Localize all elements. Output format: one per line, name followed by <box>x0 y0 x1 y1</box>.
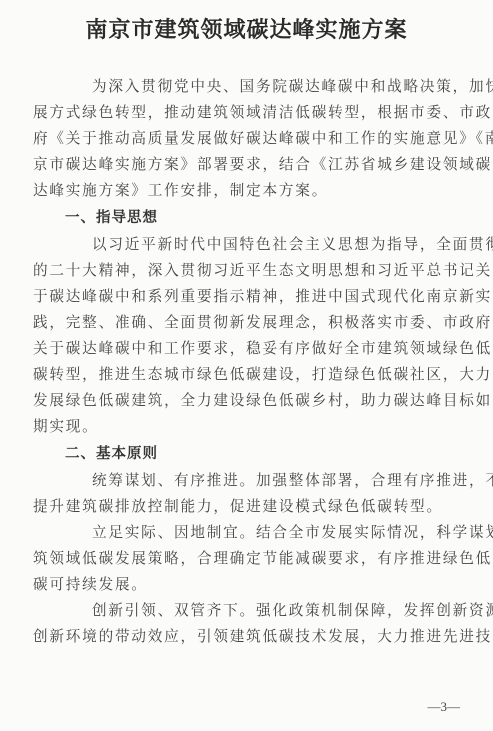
text-line: 达峰实施方案》工作安排，制定本方案。 <box>33 178 474 204</box>
text-line: 统筹谋划、有序推进。加强整体部署，合理有序推进，不断 <box>33 468 474 494</box>
text-line: 碳可持续发展。 <box>33 572 474 598</box>
text-line: 以习近平新时代中国特色社会主义思想为指导，全面贯彻党 <box>33 232 474 258</box>
text-line: 创新环境的带动效应，引领建筑低碳技术发展，大力推进先进技 <box>33 624 474 650</box>
document-page: 南京市建筑领域碳达峰实施方案 为深入贯彻党中央、国务院碳达峰碳中和战略决策，加快… <box>0 0 493 731</box>
intro-paragraph: 为深入贯彻党中央、国务院碳达峰碳中和战略决策，加快发 展方式绿色转型，推动建筑领… <box>33 74 474 204</box>
text-line: 践，完整、准确、全面贯彻新发展理念，积极落实市委、市政府 <box>33 310 474 336</box>
text-line: 的二十大精神，深入贯彻习近平生态文明思想和习近平总书记关 <box>33 258 474 284</box>
text-line: 于碳达峰碳中和系列重要指示精神，推进中国式现代化南京新实 <box>33 284 474 310</box>
text-line: 京市碳达峰实施方案》部署要求，结合《江苏省城乡建设领域碳 <box>33 152 474 178</box>
document-body: 为深入贯彻党中央、国务院碳达峰碳中和战略决策，加快发 展方式绿色转型，推动建筑领… <box>33 74 474 650</box>
text-line: 提升建筑碳排放控制能力，促进建设模式绿色低碳转型。 <box>33 494 474 520</box>
principle-paragraph: 立足实际、因地制宜。结合全市发展实际情况，科学谋划建 筑领域低碳发展策略，合理确… <box>33 520 474 598</box>
text-line: 关于碳达峰碳中和工作要求，稳妥有序做好全市建筑领域绿色低 <box>33 336 474 362</box>
text-line: 期实现。 <box>33 414 474 440</box>
principle-paragraph: 统筹谋划、有序推进。加强整体部署，合理有序推进，不断 提升建筑碳排放控制能力，促… <box>33 468 474 520</box>
text-line: 创新引领、双管齐下。强化政策机制保障，发挥创新资源、 <box>33 598 474 624</box>
text-line: 展方式绿色转型，推动建筑领域清洁低碳转型，根据市委、市政 <box>33 100 474 126</box>
text-line: 为深入贯彻党中央、国务院碳达峰碳中和战略决策，加快发 <box>33 74 474 100</box>
text-line: 发展绿色低碳建筑，全力建设绿色低碳乡村，助力碳达峰目标如 <box>33 388 474 414</box>
text-line: 府《关于推动高质量发展做好碳达峰碳中和工作的实施意见》《南 <box>33 126 474 152</box>
text-line: 立足实际、因地制宜。结合全市发展实际情况，科学谋划建 <box>33 520 474 546</box>
guiding-thought-paragraph: 以习近平新时代中国特色社会主义思想为指导，全面贯彻党 的二十大精神，深入贯彻习近… <box>33 232 474 440</box>
page-number: —3— <box>428 699 461 715</box>
text-line: 筑领域低碳发展策略，合理确定节能减碳要求，有序推进绿色低 <box>33 546 474 572</box>
section-heading-basic-principles: 二、基本原则 <box>33 440 474 468</box>
document-title: 南京市建筑领域碳达峰实施方案 <box>0 13 493 44</box>
section-heading-guiding-thought: 一、指导思想 <box>33 204 474 232</box>
principle-paragraph: 创新引领、双管齐下。强化政策机制保障，发挥创新资源、 创新环境的带动效应，引领建… <box>33 598 474 650</box>
text-line: 碳转型，推进生态城市绿色低碳建设，打造绿色低碳社区，大力 <box>33 362 474 388</box>
